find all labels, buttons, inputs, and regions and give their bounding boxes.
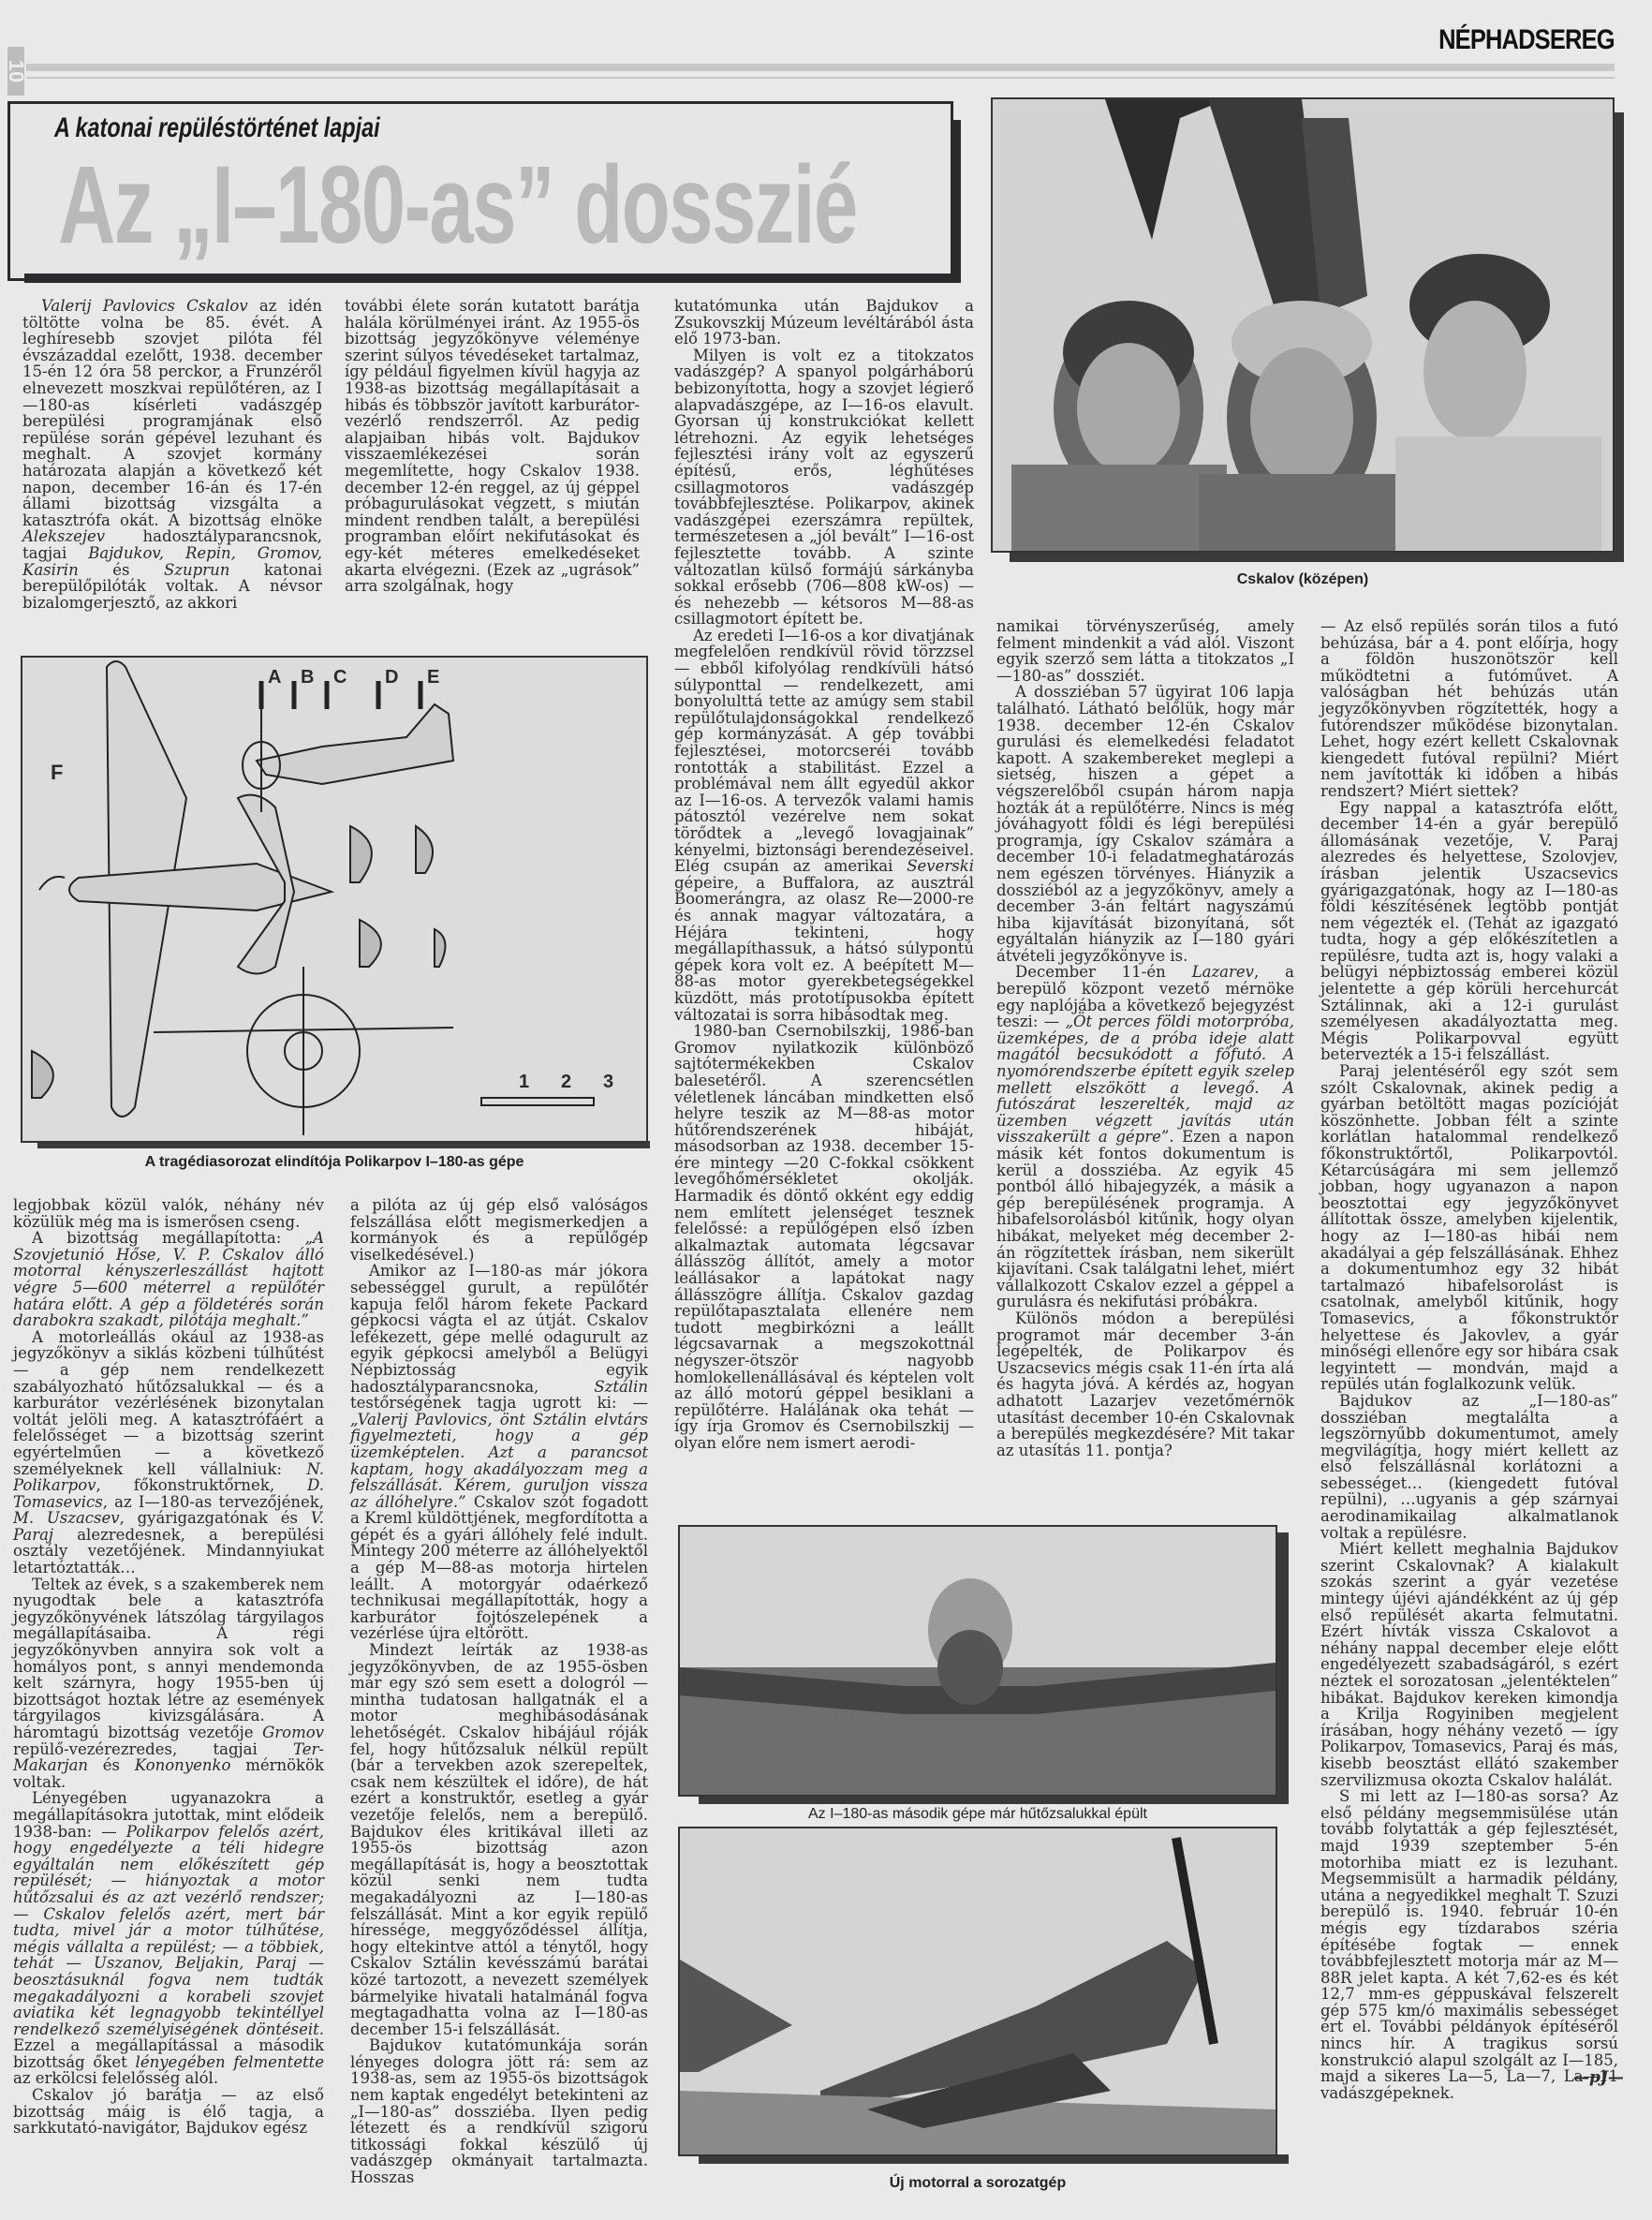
masthead: NÉPHADSEREG (1438, 24, 1615, 56)
three-view-drawing: A B C D E F 1 2 3 (21, 656, 648, 1143)
paragraph: S mi lett az I—180-as sorsa? Az első pél… (1320, 1788, 1618, 2101)
paragraph: Valerij Pavlovics Cskalov az idén töltöt… (22, 298, 322, 611)
article-col3: kutatómunka után Bajdukov a Zsukovszkij … (674, 298, 974, 1452)
paragraph: Bajdukov kutatómunkája során lényeges do… (350, 2037, 648, 2185)
section-label: B (301, 667, 314, 688)
paragraph: további élete során kutatott barátja hal… (345, 298, 640, 595)
paragraph: namikai törvényszerűség, amely felment m… (996, 618, 1294, 684)
paragraph: kutatómunka után Bajdukov a Zsukovszkij … (674, 298, 974, 348)
article-col1-bottom: legjobbak közül valók, néhány név közülü… (13, 1197, 324, 2137)
article-col5: — Az első repülés során tilos a futó beh… (1320, 618, 1618, 2101)
section-label: A (268, 667, 281, 688)
paragraph: Paraj jelentéséről egy szót sem szólt Cs… (1320, 1063, 1618, 1393)
kicker: A katonai repüléstörténet lapjai (54, 112, 380, 144)
paragraph: Lényegében ugyanazokra a megállapításokr… (13, 1790, 324, 2087)
portrait-caption: Cskalov (középen) (991, 571, 1615, 588)
portrait-photo (991, 97, 1615, 553)
article-col1-top: Valerij Pavlovics Cskalov az idén töltöt… (22, 298, 322, 611)
article-col2-bottom: a pilóta az új gép első valóságos felszá… (350, 1197, 648, 2186)
title-box-shadow-bottom (24, 274, 961, 283)
paragraph: Mindezt leírták az 1938-as jegyzőkönyvbe… (350, 1642, 648, 2037)
photo-three-pilots-icon (993, 99, 1613, 551)
scale-label: 2 (561, 1072, 571, 1093)
paragraph: December 11-én Lazarev, a berepülő közpo… (996, 964, 1294, 1310)
paragraph: Milyen is volt ez a titokzatos vadászgép… (674, 348, 974, 628)
three-view-drawing-icon (22, 658, 646, 1141)
paragraph: legjobbak közül valók, néhány név közülü… (13, 1197, 324, 1230)
section-label: F (51, 761, 63, 785)
section-label: D (385, 667, 398, 688)
section-label: E (427, 667, 439, 688)
second-plane-photo (678, 1525, 1277, 1797)
second-plane-caption: Az I–180-as második gépe már hűtőzsalukk… (678, 1806, 1277, 1823)
drawing-caption: A tragédiasorozat elindítója Polikarpov … (21, 1154, 648, 1171)
paragraph: Bajdukov az „I—180-as” dossziéban megtal… (1320, 1393, 1618, 1541)
paragraph: Az eredeti I—16-os a kor divatjának megf… (674, 628, 974, 1023)
paragraph: Amikor az I—180-as már jókora sebességge… (350, 1263, 648, 1642)
series-plane-photo (678, 1827, 1277, 2156)
paragraph: A dossziéban 57 ügyirat 106 lapja találh… (996, 684, 1294, 964)
photo-airplane-side-icon (680, 1828, 1276, 2154)
photo-airplane-front-icon (680, 1527, 1276, 1795)
header-rule-thin (26, 77, 1615, 79)
header-rule (26, 64, 1615, 71)
paragraph: Egy nappal a katasztrófa előtt, december… (1320, 800, 1618, 1064)
article-col2-top: további élete során kutatott barátja hal… (345, 298, 640, 595)
series-plane-caption: Új motorral a sorozatgép (678, 2175, 1277, 2192)
paragraph: Miért kellett meghalnia Bajdukov szerint… (1320, 1541, 1618, 1788)
author-signature: —pJ— (1573, 2068, 1624, 2087)
title-box-shadow (953, 120, 961, 281)
paragraph: A motorleállás okául az 1938-as jegyzőkö… (13, 1329, 324, 1576)
scale-label: 3 (603, 1072, 613, 1093)
article-col4: namikai törvényszerűség, amely felment m… (996, 618, 1294, 1458)
paragraph: a pilóta az új gép első valóságos felszá… (350, 1197, 648, 1263)
paragraph: Különös módon a berepülési programot már… (996, 1310, 1294, 1458)
headline: Az „I–180-as” dosszié (58, 150, 857, 260)
paragraph: 1980-ban Csernobilszkij, 1986-ban Gromov… (674, 1023, 974, 1451)
scale-label: 1 (519, 1072, 529, 1093)
paragraph: — Az első repülés során tilos a futó beh… (1320, 618, 1618, 800)
paragraph: Teltek az évek, s a szakemberek nem nyug… (13, 1576, 324, 1791)
paragraph: A bizottság megállapította: „A Szovjetun… (13, 1230, 324, 1329)
paragraph: Cskalov jó barátja — az első bizottság m… (13, 2087, 324, 2137)
section-label: C (333, 667, 347, 688)
page-number: 10 (7, 47, 24, 96)
